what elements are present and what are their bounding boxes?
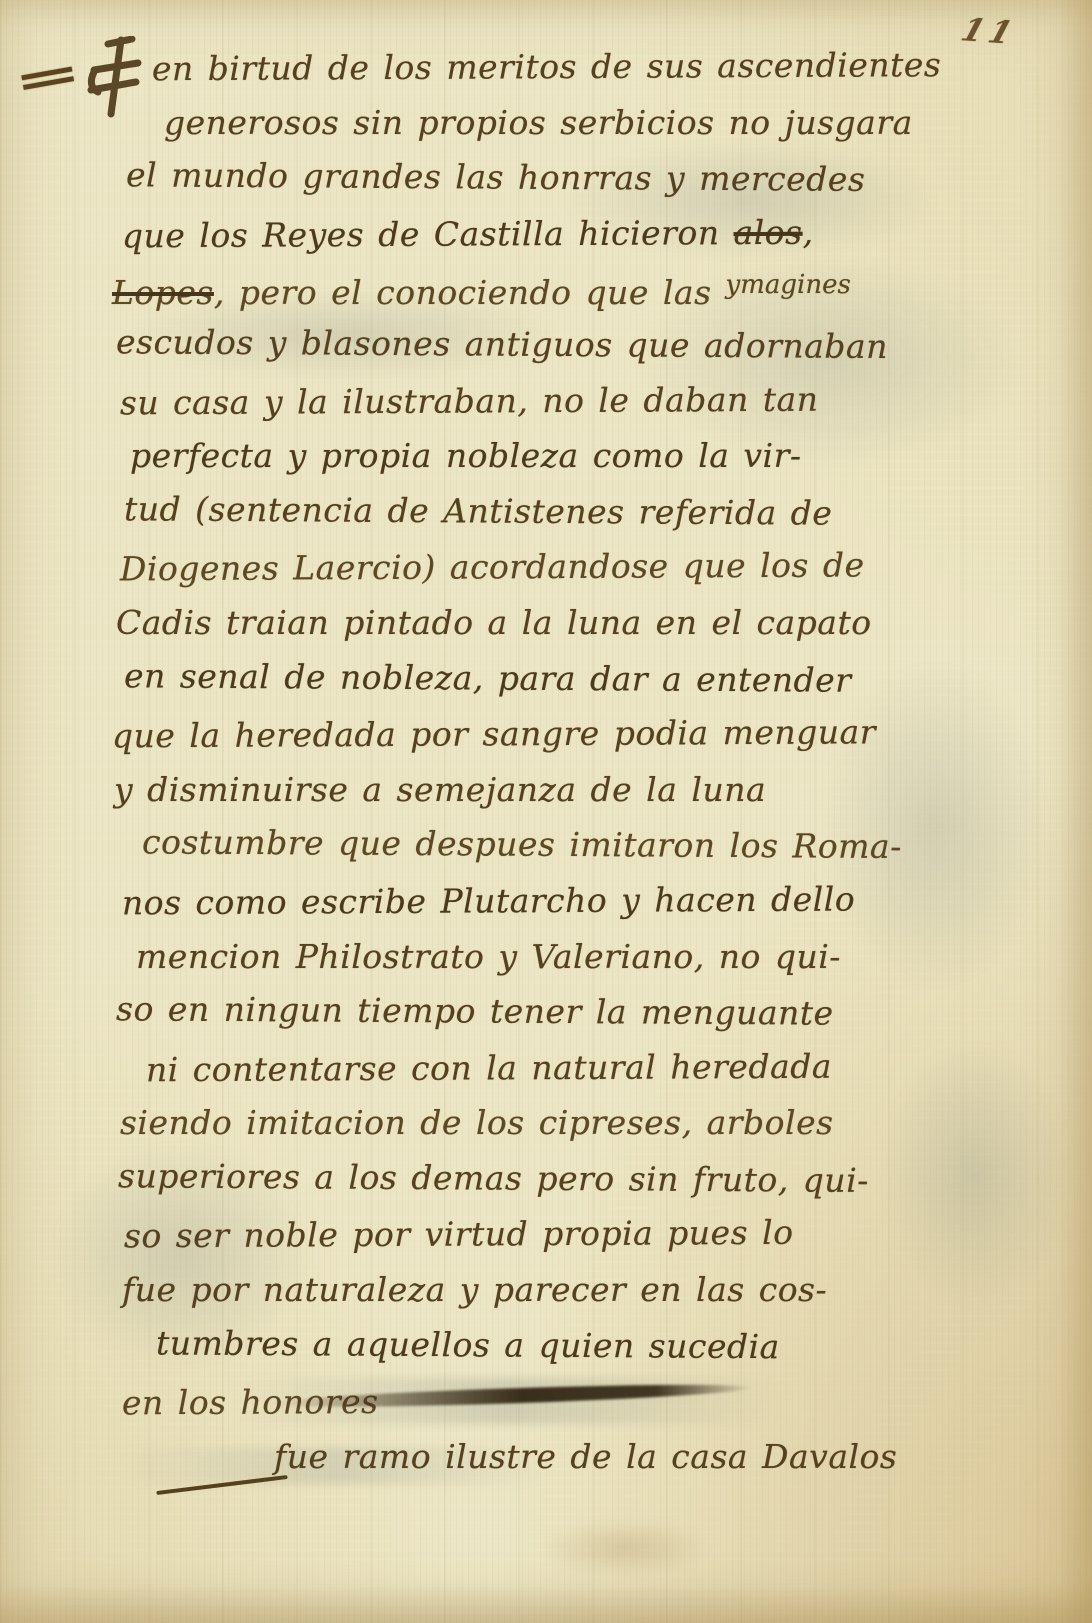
line-text: perfecta y propia nobleza como la vir- <box>130 436 802 475</box>
manuscript-line: so ser noble por virtud propia pues lo <box>124 1215 1012 1275</box>
manuscript-line: Diogenes Laercio) acordandose que los de <box>120 548 1012 608</box>
manuscript-line: generosos sin propios serbicios no jusga… <box>164 106 1012 162</box>
manuscript-line: y disminuirse a semejanza de la luna <box>114 773 1012 829</box>
manuscript-line: en los honores <box>122 1382 1012 1442</box>
line-text: que los Reyes de Castilla hicieron <box>122 213 734 255</box>
line-text: tumbres a aquellos a quien sucedia <box>156 1323 780 1366</box>
line-text: su casa y la ilustraban, no le daban tan <box>120 379 819 422</box>
line-text: en senal de nobleza, para dar a entender <box>124 656 852 699</box>
line-text: , pero el conociendo que las <box>214 273 726 312</box>
line-text: costumbre que despues imitaron los Roma- <box>142 823 902 867</box>
manuscript-line: mencion Philostrato y Valeriano, no qui- <box>136 940 1012 996</box>
manuscript-line: Lopes, pero el conociendo que las ymagin… <box>112 272 1012 328</box>
stain-spot <box>540 1520 710 1576</box>
line-text: fue por naturaleza y parecer en las cos- <box>122 1270 827 1309</box>
manuscript-line: escudos y blasones antiguos que adornaba… <box>116 325 1012 386</box>
line-text: y disminuirse a semejanza de la luna <box>114 770 766 809</box>
line-text: superiores a los demas pero sin fruto, q… <box>118 1156 869 1200</box>
line-text: , <box>802 212 813 251</box>
manuscript-line: que la heredada por sangre podia menguar <box>112 715 1012 775</box>
struck-text: Lopes <box>112 273 214 312</box>
line-text: Cadis traian pintado a la luna en el cap… <box>116 603 872 642</box>
manuscript-line: fue por naturaleza y parecer en las cos- <box>122 1273 1012 1329</box>
inserted-text: ymagines <box>726 270 851 300</box>
manuscript-line: en senal de nobleza, para dar a entender <box>124 659 1012 720</box>
manuscript-line: ni contentarse con la natural heredada <box>146 1048 1012 1108</box>
folio-number: 11 <box>957 12 1023 52</box>
line-text: generosos sin propios serbicios no jusga… <box>164 103 913 142</box>
line-text: siendo imitacion de los cipreses, arbole… <box>120 1103 834 1142</box>
line-text: mencion Philostrato y Valeriano, no qui- <box>136 937 841 976</box>
line-text: so en ningun tiempo tener la menguante <box>116 989 834 1032</box>
line-text: fue ramo ilustre de la casa Davalos <box>274 1437 897 1476</box>
manuscript-line: que los Reyes de Castilla hicieron alos, <box>122 214 1012 274</box>
manuscript-line: costumbre que despues imitaron los Roma- <box>142 826 1012 887</box>
manuscript-line: Cadis traian pintado a la luna en el cap… <box>116 606 1012 662</box>
line-text: en birtud de los meritos de sus ascendie… <box>152 45 942 88</box>
line-text: escudos y blasones antiguos que adornaba… <box>116 322 888 366</box>
manuscript-line: so en ningun tiempo tener la menguante <box>116 992 1012 1053</box>
manuscript-line: superiores a los demas pero sin fruto, q… <box>118 1159 1012 1220</box>
text-block: en birtud de los meritos de sus ascendie… <box>112 50 1012 1495</box>
manuscript-line: perfecta y propia nobleza como la vir- <box>130 439 1012 495</box>
line-text: nos como escribe Plutarcho y hacen dello <box>122 879 855 922</box>
manuscript-line: tud (sentencia de Antistenes referida de <box>124 492 1012 553</box>
margin-double-dash: = <box>10 47 86 109</box>
line-text: que la heredada por sangre podia menguar <box>112 712 876 755</box>
manuscript-line: su casa y la ilustraban, no le daban tan <box>120 381 1012 441</box>
line-text: tud (sentencia de Antistenes referida de <box>124 489 832 532</box>
manuscript-line: tumbres a aquellos a quien sucedia <box>156 1326 1012 1387</box>
manuscript-page: 11 = en birtud de los meritos de sus asc… <box>0 0 1092 1623</box>
manuscript-line: fue ramo ilustre de la casa Davalos <box>274 1440 1012 1496</box>
line-text: ni contentarse con la natural heredada <box>146 1046 832 1089</box>
line-text: Diogenes Laercio) acordandose que los de <box>120 546 865 589</box>
struck-text: alos <box>733 213 802 252</box>
manuscript-line: siendo imitacion de los cipreses, arbole… <box>120 1106 1012 1162</box>
line-text: el mundo grandes las honrras y mercedes <box>126 155 865 199</box>
manuscript-line: nos como escribe Plutarcho y hacen dello <box>122 882 1012 942</box>
line-text: en los honores <box>122 1382 379 1422</box>
line-text: so ser noble por virtud propia pues lo <box>124 1213 794 1256</box>
manuscript-line: en birtud de los meritos de sus ascendie… <box>152 48 1012 108</box>
manuscript-line: el mundo grandes las honrras y mercedes <box>126 158 1012 219</box>
